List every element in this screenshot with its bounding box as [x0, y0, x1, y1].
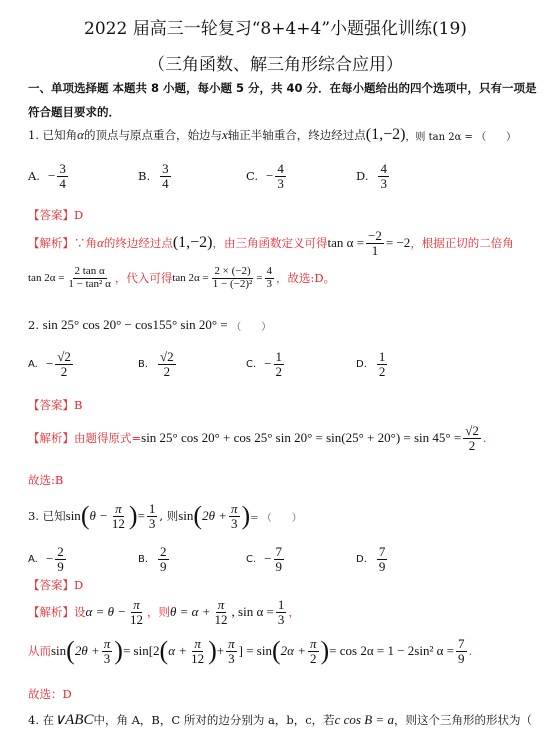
answer-2: 【答案】B: [28, 397, 82, 413]
numerator: 1: [147, 502, 158, 517]
denominator: 9: [274, 560, 285, 574]
question-3-stem: 3. 已知 sin ( θ − π12 ) = 13 , 则 sin ( 2θ …: [28, 502, 302, 530]
option-label: C.: [246, 554, 256, 565]
denominator: 12: [128, 613, 145, 627]
question-2-stem: 2. sin 25° cos 20° − cos155° sin 20° = （…: [28, 317, 271, 333]
denominator: 12: [189, 652, 206, 666]
option-b[interactable]: B. 29: [138, 545, 171, 573]
analysis-text: ∵角: [74, 235, 97, 251]
numerator: 1: [274, 350, 285, 365]
option-label: C.: [246, 359, 256, 370]
math-expr: = cos 2α = 1 − 2sin² α =: [329, 643, 454, 659]
stem-text: ，则这个三角形的形状为（ ）: [394, 712, 551, 728]
alpha-symbol: α: [77, 127, 84, 143]
option-b[interactable]: B. 34: [138, 162, 173, 190]
option-c[interactable]: C. − 79: [246, 545, 286, 573]
option-d[interactable]: D. 43: [356, 162, 391, 190]
math-expr: θ −: [89, 508, 107, 524]
point: (1,−2): [366, 126, 406, 144]
alpha-symbol: α: [97, 235, 104, 251]
triangle-symbol: ∨ABC: [54, 710, 93, 729]
doc-subtitle: （三角函数、解三角形综合应用）: [0, 50, 551, 75]
answer-1: 【答案】D: [28, 207, 83, 223]
numerator: 7: [274, 545, 285, 560]
option-c[interactable]: C. − 12: [246, 350, 286, 378]
sign: −: [48, 168, 55, 184]
denominator: 2: [274, 365, 285, 379]
option-d[interactable]: D. 79: [356, 545, 389, 573]
option-label: C.: [246, 169, 258, 183]
analysis-text: ，故选:D。: [276, 270, 335, 286]
stem-tail: （ ）: [231, 318, 271, 333]
analysis-text: 的终边经过点: [104, 235, 173, 251]
denominator: 2: [59, 365, 70, 379]
conclusion-2: 故选:B: [28, 472, 63, 488]
denominator: 3: [378, 177, 389, 191]
math-expr: sin 25° cos 20° + cos 25° sin 20° = sin(…: [141, 430, 461, 446]
denominator: 2: [162, 365, 173, 379]
math-expr: tan α =: [328, 235, 365, 251]
math-expr: α = θ −: [86, 604, 127, 620]
math-expr: = −2: [386, 235, 410, 251]
question-1-stem: 1. 已知角 α 的顶点与原点重合，始边与 x 轴正半轴重合，终边经过点 (1,…: [28, 126, 516, 144]
numerator: 4: [378, 162, 389, 177]
math-expr: , sin α =: [232, 604, 274, 620]
math-expr: tan 2α =: [28, 272, 64, 284]
analysis-tag: 【解析】: [28, 604, 74, 620]
denominator: 12: [110, 517, 127, 531]
math-expr: 2θ +: [202, 508, 227, 524]
numerator: π: [226, 637, 237, 652]
numerator: √2: [463, 424, 481, 439]
denominator: 3: [102, 652, 113, 666]
denominator: 3: [147, 517, 158, 531]
numerator: π: [229, 502, 240, 517]
sign: −: [266, 168, 273, 184]
stem-text: 的顶点与原点重合，始边与: [84, 127, 222, 143]
option-label: D.: [356, 169, 368, 183]
numerator: π: [131, 598, 142, 613]
math-expr: sin: [51, 643, 66, 659]
analysis-text: ，根据正切的二倍角: [410, 235, 514, 251]
section-heading-line2: 符合题目要求的．: [28, 104, 120, 120]
denominator: 2: [377, 365, 388, 379]
stem-text: 轴正半轴重合，终边经过点: [228, 127, 366, 143]
conclusion-3: 故选：D: [28, 686, 72, 702]
denominator: 3: [226, 652, 237, 666]
option-d[interactable]: D. 12: [356, 350, 389, 378]
analysis-3-line1: 【解析】 设 α = θ − π12 ，则 θ = α + π12 , sin …: [28, 598, 300, 626]
option-label: B.: [138, 169, 150, 183]
denominator: 2: [308, 652, 319, 666]
stem-text: 在: [43, 712, 55, 728]
numerator: 4: [265, 266, 275, 279]
question-number: 2.: [28, 318, 39, 332]
analysis-text: 从而: [28, 643, 51, 659]
math-expr: θ = α +: [170, 604, 211, 620]
analysis-tag: 【解析】: [28, 235, 74, 251]
math-expr: ] = sin: [239, 643, 272, 659]
sign: −: [264, 551, 271, 567]
section-heading-line1: 一、单项选择题 本题共 8 小题，每小题 5 分，共 40 分．在每小题给出的四…: [28, 80, 537, 96]
denominator: 1 − tan² α: [66, 279, 112, 291]
numerator: 4: [275, 162, 286, 177]
option-label: B.: [138, 554, 148, 565]
analysis-text: 设: [74, 604, 86, 620]
analysis-text: ，则: [147, 604, 170, 620]
numerator: π: [308, 637, 319, 652]
analysis-text: ，代入可得: [115, 270, 173, 286]
numerator: 2 tan α: [73, 266, 107, 279]
option-a[interactable]: A. − 34: [28, 162, 70, 190]
numerator: 7: [377, 545, 388, 560]
stem-text: 中，角 A，B，C 所对的边分别为 a，b，c，若: [93, 712, 334, 728]
numerator: π: [192, 637, 203, 652]
numerator: −2: [366, 229, 384, 244]
sign: −: [264, 356, 271, 372]
math-expr: = sin[2: [123, 643, 160, 659]
analysis-text: .: [469, 644, 473, 658]
numerator: 1: [276, 598, 287, 613]
option-label: A.: [28, 169, 40, 183]
option-label: A.: [28, 359, 38, 370]
analysis-text: ，: [288, 604, 300, 620]
sign: −: [46, 551, 53, 567]
math-expr: sin: [66, 508, 81, 524]
stem-tail: ，则 tan 2α = （ ）: [405, 128, 516, 143]
math-expr: α +: [168, 643, 187, 659]
numerator: 7: [456, 637, 467, 652]
numerator: 1: [377, 350, 388, 365]
math-expr: =: [256, 272, 262, 284]
denominator: 9: [158, 560, 169, 574]
question-number: 3.: [28, 509, 39, 523]
option-label: B.: [138, 359, 148, 370]
math-expr: =: [138, 508, 145, 524]
denominator: 12: [213, 613, 230, 627]
denominator: 4: [57, 177, 68, 191]
denominator: 9: [55, 560, 66, 574]
math-expr: c cos B = a: [335, 712, 394, 728]
denominator: 4: [160, 177, 171, 191]
denominator: 2: [467, 439, 478, 453]
analysis-text: .: [483, 431, 487, 445]
option-label: D.: [356, 359, 367, 370]
stem-text: 已知: [43, 508, 66, 524]
question-4-stem: 4. 在 ∨ABC 中，角 A，B，C 所对的边分别为 a，b，c，若 c co…: [28, 710, 551, 729]
stem-tail: = （ ）: [250, 509, 302, 524]
numerator: √2: [158, 350, 176, 365]
analysis-2: 【解析】 由题得原式= sin 25° cos 20° + cos 25° si…: [28, 424, 487, 452]
numerator: 2: [158, 545, 169, 560]
stem-text: 已知角: [43, 127, 78, 143]
numerator: π: [113, 502, 124, 517]
denominator: 3: [275, 177, 286, 191]
doc-title: 2022 届高三一轮复习“8+4+4”小题强化训练(19): [0, 14, 551, 39]
analysis-text: 由题得原式=: [74, 430, 141, 446]
math-expr: 2θ +: [75, 643, 100, 659]
numerator: π: [102, 637, 113, 652]
option-label: A.: [28, 554, 38, 565]
option-b[interactable]: B. √22: [138, 350, 178, 378]
denominator: 3: [276, 613, 287, 627]
question-number: 4.: [28, 713, 39, 727]
analysis-3-line2: 从而 sin ( 2θ + π3 ) = sin[2 ( α + π12 ) +…: [28, 637, 472, 665]
numerator: 2 × (−2): [212, 266, 252, 279]
sign: −: [46, 356, 53, 372]
math-expr: sin: [178, 508, 193, 524]
denominator: 3: [229, 517, 240, 531]
answer-3: 【答案】D: [28, 577, 83, 593]
question-number: 1.: [28, 128, 39, 142]
analysis-1-line2: tan 2α = 2 tan α1 − tan² α ，代入可得 tan 2α …: [28, 266, 335, 290]
math-expr: tan 2α =: [172, 272, 208, 284]
denominator: 9: [377, 560, 388, 574]
analysis-text: ，由三角函数定义可得: [213, 235, 328, 251]
math-expr: +: [217, 643, 224, 659]
option-a[interactable]: A. − √22: [28, 350, 75, 378]
denominator: 1 − (−2)²: [211, 279, 255, 291]
math-expr: sin 25° cos 20° − cos155° sin 20° =: [43, 317, 228, 333]
math-expr: 2α +: [281, 643, 306, 659]
analysis-1-line1: 【解析】 ∵角 α 的终边经过点 (1,−2) ，由三角函数定义可得 tan α…: [28, 229, 514, 257]
numerator: 3: [160, 162, 171, 177]
stem-text: , 则: [159, 508, 178, 524]
numerator: 2: [55, 545, 66, 560]
numerator: √2: [55, 350, 73, 365]
option-a[interactable]: A. − 29: [28, 545, 68, 573]
denominator: 9: [456, 652, 467, 666]
option-c[interactable]: C. − 43: [246, 162, 288, 190]
point: (1,−2): [173, 234, 213, 252]
analysis-tag: 【解析】: [28, 430, 74, 446]
denominator: 3: [265, 279, 275, 291]
option-label: D.: [356, 554, 367, 565]
numerator: 3: [57, 162, 68, 177]
numerator: π: [216, 598, 227, 613]
denominator: 1: [370, 244, 381, 258]
